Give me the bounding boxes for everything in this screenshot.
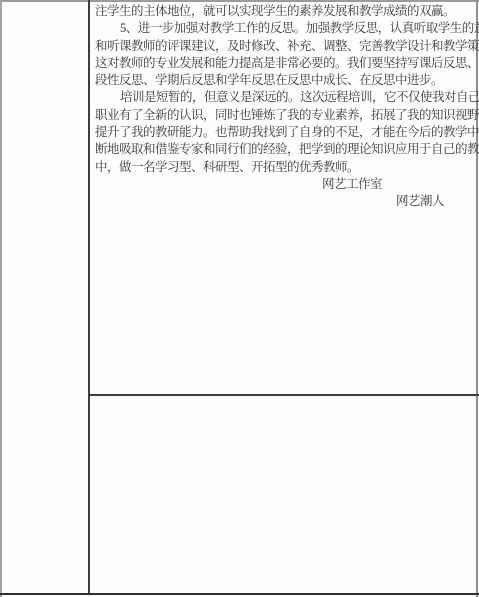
text-line: 职业有了全新的认识，同时也锤炼了我的专业素养，拓展了我的知识视野， [95, 107, 472, 124]
text-line: 培训是短暂的，但意义是深远的。这次远程培训，它不仅使我对自己的 [95, 89, 472, 106]
table-content-cell: 注学生的主体地位，就可以实现学生的素养发展和教学成绩的双赢。 5、进一步加强对教… [95, 3, 472, 211]
text-line: 中，做一名学习型、科研型、开拓型的优秀教师。 [95, 159, 472, 176]
text-line: 这对教师的专业发展和能力提高是非常必要的。我们要坚持写课后反思、阶 [95, 55, 472, 72]
text-line: 5、进一步加强对教学工作的反思。加强教学反思，认真听取学生的意见 [95, 20, 472, 37]
signature-studio: 网艺工作室 [95, 176, 472, 193]
text-line: 和听课教师的评课建议，及时修改、补充、调整、完善教学设计和教学策略， [95, 38, 472, 55]
table-empty-cell [90, 396, 476, 593]
text-line: 段性反思、学期后反思和学年反思在反思中成长、在反思中进步。 [95, 72, 472, 89]
scanned-document-page: 注学生的主体地位，就可以实现学生的素养发展和教学成绩的双赢。 5、进一步加强对教… [0, 0, 479, 597]
text-line: 提升了我的教研能力。也帮助我找到了自身的不足，才能在今后的教学中不 [95, 124, 472, 141]
text-line: 注学生的主体地位，就可以实现学生的素养发展和教学成绩的双赢。 [95, 3, 472, 20]
text-line: 断地吸取和借鉴专家和同行们的经验，把学到的理论知识应用于自己的教学 [95, 141, 472, 158]
table-left-column-cell [2, 2, 88, 593]
table-bottom-border [0, 593, 479, 595]
signature-author: 网艺潮人 [95, 193, 472, 210]
